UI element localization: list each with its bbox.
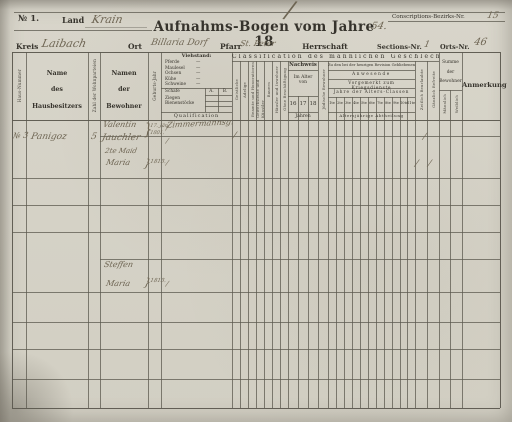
- revision-col: 7te: [376, 102, 384, 106]
- class-column-clergy: Geistliche: [232, 61, 240, 118]
- pfarr-value-handwritten: St. Peter: [239, 40, 276, 48]
- tally-mark: /: [414, 160, 419, 169]
- divider: [14, 12, 505, 13]
- revision-line1: Zu den bei der heurigen Revision Geblieb…: [328, 63, 415, 67]
- livestock-col-b: B.: [218, 90, 232, 95]
- class-column-unemployed: Ohne Beschäftigung: [280, 61, 288, 118]
- class-column-farmers: Bauern: [264, 61, 272, 118]
- birth-date-handwritten: 1801.: [149, 131, 164, 136]
- land-value-handwritten: Krain: [91, 14, 124, 25]
- revision-col: 10te: [400, 102, 407, 106]
- livestock-dash: —: [196, 72, 200, 77]
- age-17: 17: [298, 101, 308, 107]
- grid-line: [407, 97, 408, 408]
- nachweis-unit: Jahren: [288, 114, 318, 119]
- grid-line: [12, 292, 500, 293]
- class-column-officials: Beamte und Honoratioren: [248, 61, 256, 118]
- livestock-row: Pferde: [165, 61, 179, 66]
- birth-year-handwritten: 1813.: [149, 160, 166, 166]
- tally-mark: /: [427, 160, 432, 169]
- grid-line: [12, 120, 500, 121]
- revision-col: 6te: [368, 102, 376, 106]
- grid-line: [161, 52, 162, 408]
- column-label: Adelige: [242, 82, 247, 98]
- grid-line: [462, 52, 463, 408]
- grid-line: [12, 178, 500, 179]
- livestock-dash: —: [196, 83, 200, 88]
- resident-name-handwritten: Maria: [105, 159, 131, 167]
- grid-line: [288, 70, 318, 71]
- column-dwelling-parties: Zahl der Wohnparteien: [88, 52, 100, 120]
- column-birth-year: Geburts-Jahr: [148, 52, 161, 120]
- column-residents: Namen der Bewohner: [100, 66, 148, 115]
- column-house-number: Haus-Nummer: [12, 52, 26, 120]
- revision-footer: Altersjährige Abtheilung: [328, 114, 415, 118]
- parties-count-handwritten: 5: [90, 133, 98, 142]
- revision-col: 4te: [352, 102, 360, 106]
- grid-line: [392, 97, 393, 408]
- grid-line: [100, 136, 500, 137]
- grid-line: [12, 379, 500, 380]
- revision-col: 1te: [328, 102, 336, 106]
- age-18: 18: [308, 101, 318, 107]
- remark-column-header: Anmerkung: [462, 82, 500, 89]
- livestock-col-a: A.: [205, 90, 218, 95]
- column-label: Weiblich: [454, 95, 459, 113]
- grid-line: [12, 408, 500, 409]
- livestock-row: Schweine: [165, 83, 186, 88]
- grid-line: [360, 97, 361, 408]
- revision-col: 2te: [336, 102, 344, 106]
- form-number: № 1.: [18, 15, 39, 24]
- grid-line: [336, 97, 337, 408]
- grid-line: [288, 112, 318, 113]
- column-label: Ohne Beschäftigung: [282, 68, 287, 111]
- grid-line: [205, 101, 232, 102]
- grid-line: [400, 97, 401, 408]
- grid-line: [368, 97, 369, 408]
- nachweis-title: Nachweis: [288, 63, 318, 69]
- livestock-subrow: Bienenstöcke: [165, 102, 194, 107]
- class-column-tradesmen: Gewerbsleute und Künstler: [256, 61, 264, 118]
- ort-value-handwritten: Billaria Dorf: [150, 39, 208, 48]
- grid-line: [205, 106, 232, 107]
- revision-col: 3te: [344, 102, 352, 106]
- qualification-handwritten: Zimmermannsg.: [166, 118, 234, 129]
- grid-line: [298, 96, 299, 408]
- revision-col: 9te: [392, 102, 400, 106]
- orts-label: Orts-Nr.: [440, 44, 469, 51]
- tally-mark: /: [165, 160, 169, 167]
- conscription-district-value: 15: [486, 12, 499, 21]
- resident-name-handwritten: Steffen: [103, 261, 134, 269]
- resident-name-handwritten: 2te Maid: [104, 148, 137, 155]
- class-column-nobles: Adelige: [240, 61, 248, 118]
- column-label: Gänzlich Befreite: [431, 71, 436, 108]
- land-label: Land: [62, 16, 84, 25]
- kreis-value-handwritten: Laibach: [41, 38, 88, 49]
- resident-name-handwritten: Jauchler: [101, 134, 141, 143]
- ort-label: Ort: [128, 43, 142, 51]
- revision-col: 11te: [407, 102, 415, 106]
- grid-line: [328, 97, 415, 98]
- divider: [388, 21, 505, 22]
- column-female: Weiblich: [450, 90, 462, 118]
- grid-line: [308, 96, 309, 408]
- column-label: Männlich: [442, 94, 447, 114]
- grid-line: [352, 97, 353, 408]
- resident-name-handwritten: Maria: [105, 280, 131, 288]
- column-label: Geburts-Jahr: [152, 71, 157, 101]
- grid-line: [205, 95, 232, 96]
- grid-line: [344, 97, 345, 408]
- house-number-handwritten: № 3: [12, 131, 29, 140]
- grid-line: [500, 52, 501, 408]
- grid-line: [376, 97, 377, 408]
- revision-line4: Jahre der Alters-Classen: [328, 90, 415, 95]
- sections-label: Sections-Nr.: [377, 44, 422, 51]
- column-jewish-residents: Jüdische Bewohner: [318, 61, 328, 118]
- grid-line: [288, 96, 318, 97]
- age-16: 16: [288, 101, 298, 107]
- grid-line: [12, 322, 500, 323]
- orts-value-handwritten: 46: [473, 38, 488, 48]
- revision-line2: Anwesende: [328, 72, 415, 77]
- classification-title: Classification des männlichen Geschlecht…: [232, 54, 439, 61]
- column-label: Bauern: [266, 82, 271, 97]
- column-house-owner: Name des Hausbesitzers: [26, 66, 88, 115]
- column-label: Jüdische Bewohner: [321, 69, 326, 110]
- scanned-census-form: № 1. Land Krain Conscriptions-Bezirks-Nr…: [0, 0, 512, 422]
- column-label: Geistliche: [234, 79, 239, 100]
- owner-name-handwritten: Panigoz: [30, 133, 68, 142]
- livestock-title: Viehstand:: [161, 54, 232, 60]
- grid-line: [12, 349, 500, 350]
- grid-line: [384, 97, 385, 408]
- livestock-row: Ochsen: [165, 72, 181, 77]
- column-label: Zahl der Wohnparteien: [92, 59, 97, 112]
- year-value-handwritten: 54.: [370, 22, 388, 32]
- birth-year-handwritten: 1813.: [149, 279, 166, 285]
- revision-col: 5te: [360, 102, 368, 106]
- column-furloughed: Zeitlich Beurlaubte: [415, 61, 427, 118]
- column-label: Beamte und Honoratioren: [250, 62, 255, 117]
- grid-line: [12, 232, 500, 233]
- resident-name-handwritten: Valentin: [102, 121, 137, 129]
- herrschaft-label: Herrschaft: [290, 43, 360, 51]
- column-label: Zeitlich Beurlaubte: [419, 69, 424, 110]
- grid-line: [100, 259, 500, 260]
- grid-line: [450, 90, 451, 408]
- column-label: Haus-Nummer: [17, 69, 22, 102]
- grid-line: [12, 205, 500, 206]
- nachweis-subtitle: Im Alter von: [289, 76, 317, 86]
- column-male: Männlich: [439, 90, 450, 118]
- column-exempted: Gänzlich Befreite: [427, 61, 439, 118]
- revision-col: 8te: [384, 102, 392, 106]
- column-label: Häusler und Inwohner: [274, 66, 279, 113]
- livestock-subrow: Schafe: [165, 90, 180, 95]
- kreis-label: Kreis: [16, 43, 38, 51]
- column-label: Gewerbsleute und Künstler: [256, 61, 264, 118]
- sum-of-residents-title: Summe der Bewohner: [439, 58, 462, 87]
- divider: [14, 30, 152, 31]
- sections-value-handwritten: 1: [423, 41, 431, 50]
- livestock-dash: —: [196, 61, 200, 66]
- conscription-district-label: Conscriptions-Bezirks-Nr.: [392, 14, 465, 20]
- divider: [85, 27, 147, 28]
- class-column-cottagers: Häusler und Inwohner: [272, 61, 280, 118]
- tally-mark: /: [165, 138, 169, 145]
- tally-mark: /: [165, 281, 169, 288]
